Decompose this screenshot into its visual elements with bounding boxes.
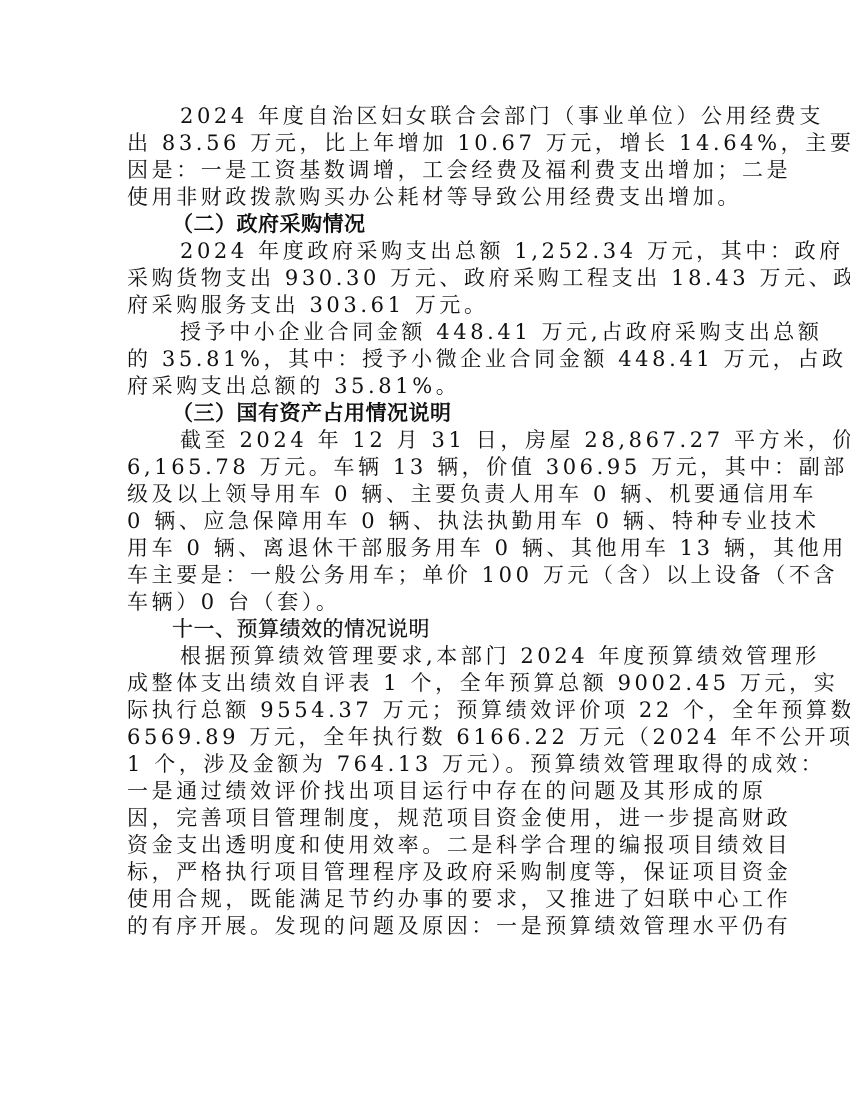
- text-line: 际执行总额 9554.37 万元；预算绩效评价项 22 个，全年预算数: [127, 697, 724, 724]
- text-line: 的 35.81%，其中：授予小微企业合同金额 448.41 万元，占政: [127, 346, 724, 373]
- text-line: 6,165.78 万元。车辆 13 辆，价值 306.95 万元，其中：副部（省…: [127, 454, 724, 481]
- section-heading-assets: （三）国有资产占用情况说明: [127, 400, 724, 427]
- text-line: 0 辆、应急保障用车 0 辆、执法执勤用车 0 辆、特种专业技术: [127, 508, 724, 535]
- text-line: 资金支出透明度和使用效率。二是科学合理的编报项目绩效目: [127, 832, 724, 859]
- text-line: 的有序开展。发现的问题及原因：一是预算绩效管理水平仍有: [127, 913, 724, 940]
- paragraph-procurement-sme: 授予中小企业合同金额 448.41 万元,占政府采购支出总额 的 35.81%，…: [127, 319, 724, 400]
- text-line: 2024 年度自治区妇女联合会部门（事业单位）公用经费支: [127, 103, 724, 130]
- text-line: 用车 0 辆、离退休干部服务用车 0 辆、其他用车 13 辆，其他用: [127, 535, 724, 562]
- text-line: 一是通过绩效评价找出项目运行中存在的问题及其形成的原: [127, 778, 724, 805]
- text-line: 6569.89 万元，全年执行数 6166.22 万元（2024 年不公开项目: [127, 724, 724, 751]
- paragraph-performance: 根据预算绩效管理要求,本部门 2024 年度预算绩效管理形 成整体支出绩效自评表…: [127, 643, 724, 940]
- text-line: 采购货物支出 930.30 万元、政府采购工程支出 18.43 万元、政: [127, 265, 724, 292]
- paragraph-public-expense: 2024 年度自治区妇女联合会部门（事业单位）公用经费支 出 83.56 万元，…: [127, 103, 724, 211]
- text-line: 车辆）0 台（套）。: [127, 589, 724, 616]
- text-line: 因是：一是工资基数调增，工会经费及福利费支出增加；二是: [127, 157, 724, 184]
- text-line: 成整体支出绩效自评表 1 个，全年预算总额 9002.45 万元，实: [127, 670, 724, 697]
- text-line: 使用合规，既能满足节约办事的要求，又推进了妇联中心工作: [127, 886, 724, 913]
- section-heading-performance: 十一、预算绩效的情况说明: [127, 616, 724, 643]
- text-line: 使用非财政拨款购买办公耗材等导致公用经费支出增加。: [127, 184, 724, 211]
- section-heading-procurement: （二）政府采购情况: [127, 211, 724, 238]
- text-line: 根据预算绩效管理要求,本部门 2024 年度预算绩效管理形: [127, 643, 724, 670]
- text-line: 截至 2024 年 12 月 31 日，房屋 28,867.27 平方米，价值: [127, 427, 724, 454]
- document-page: 2024 年度自治区妇女联合会部门（事业单位）公用经费支 出 83.56 万元，…: [127, 103, 724, 940]
- text-line: 因，完善项目管理制度，规范项目资金使用，进一步提高财政: [127, 805, 724, 832]
- text-line: 1 个，涉及金额为 764.13 万元）。预算绩效管理取得的成效：: [127, 751, 724, 778]
- text-line: 车主要是：一般公务用车；单价 100 万元（含）以上设备（不含: [127, 562, 724, 589]
- text-line: 2024 年度政府采购支出总额 1,252.34 万元，其中：政府: [127, 238, 724, 265]
- text-line: 出 83.56 万元，比上年增加 10.67 万元，增长 14.64%，主要原: [127, 130, 724, 157]
- text-line: 级及以上领导用车 0 辆、主要负责人用车 0 辆、机要通信用车: [127, 481, 724, 508]
- paragraph-assets: 截至 2024 年 12 月 31 日，房屋 28,867.27 平方米，价值 …: [127, 427, 724, 616]
- text-line: 府采购支出总额的 35.81%。: [127, 373, 724, 400]
- text-line: 府采购服务支出 303.61 万元。: [127, 292, 724, 319]
- text-line: 授予中小企业合同金额 448.41 万元,占政府采购支出总额: [127, 319, 724, 346]
- paragraph-procurement-total: 2024 年度政府采购支出总额 1,252.34 万元，其中：政府 采购货物支出…: [127, 238, 724, 319]
- text-line: 标，严格执行项目管理程序及政府采购制度等，保证项目资金: [127, 859, 724, 886]
